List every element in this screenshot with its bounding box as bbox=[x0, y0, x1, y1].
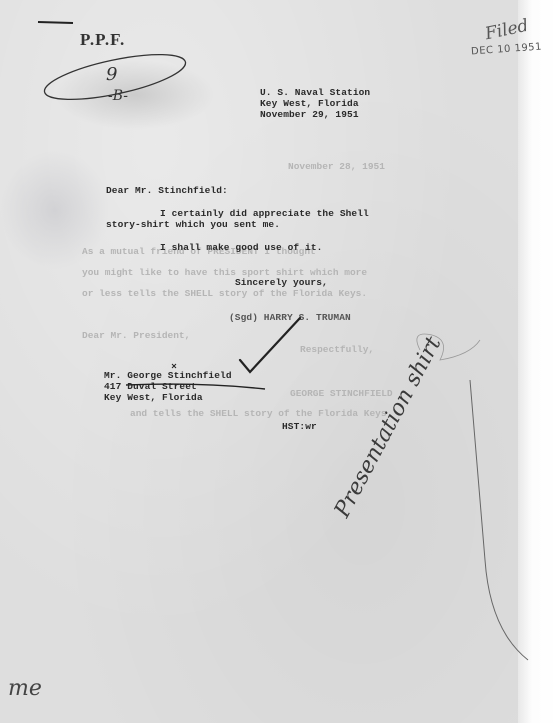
bleed-through-signature bbox=[417, 334, 480, 360]
x-mark bbox=[172, 364, 176, 368]
underline-mark bbox=[126, 384, 265, 389]
pen-marks bbox=[0, 0, 553, 723]
dash-mark bbox=[38, 22, 73, 23]
margin-line bbox=[470, 380, 528, 660]
checkmark-icon bbox=[240, 318, 300, 372]
file-number-circle bbox=[41, 45, 189, 108]
